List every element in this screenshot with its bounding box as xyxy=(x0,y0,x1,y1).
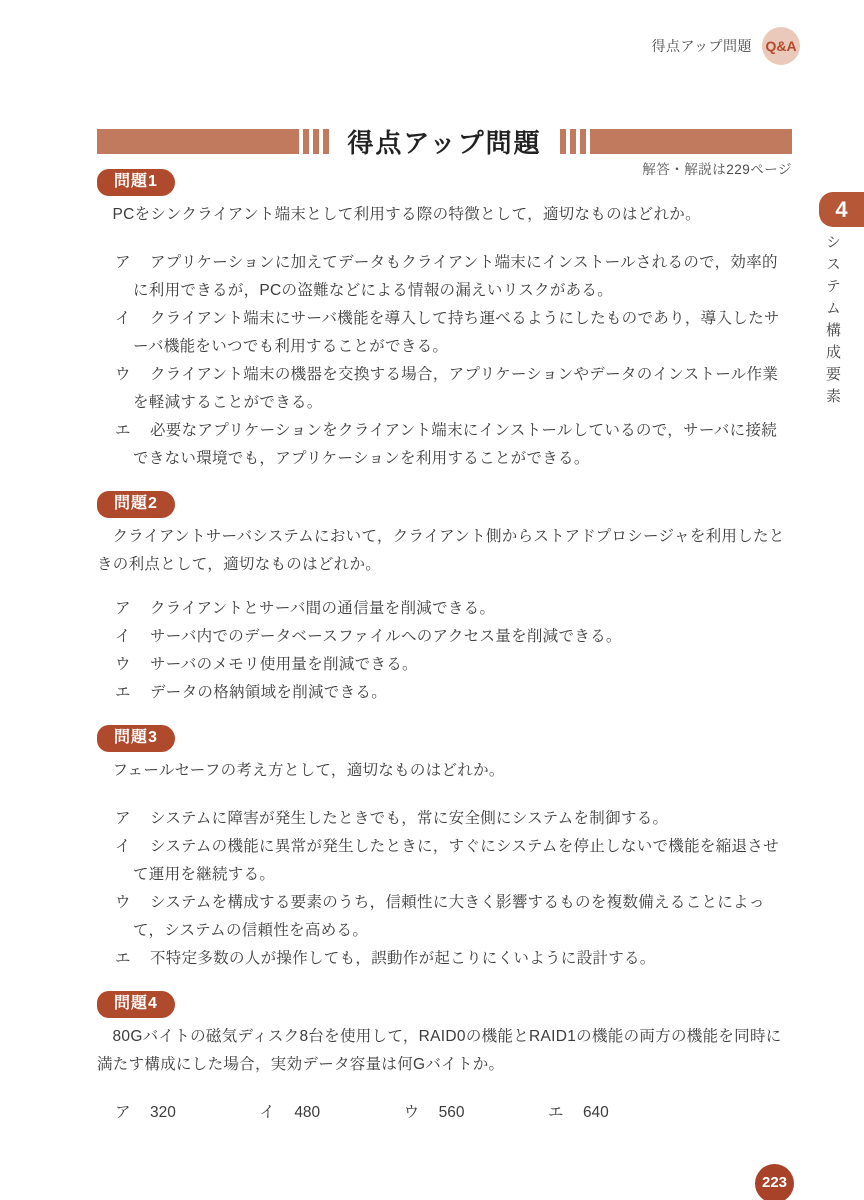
qa-badge-label: Q&A xyxy=(765,38,796,54)
question-badge: 問題1 xyxy=(97,169,175,196)
option-text: クライアントとサーバ間の通信量を削減できる。 xyxy=(150,600,495,617)
option-text: クライアント端末の機器を交換する場合，アプリケーションやデータのインストール作業… xyxy=(133,366,778,411)
option-text: サーバのメモリ使用量を削減できる。 xyxy=(150,656,418,673)
options-list: アクライアントとサーバ間の通信量を削減できる。 イサーバ内でのデータベースファイ… xyxy=(97,595,792,707)
options-list: アシステムに障害が発生したときでも，常に安全側にシステムを制御する。 イシステム… xyxy=(97,805,792,973)
answer-option: ウサーバのメモリ使用量を削減できる。 xyxy=(97,651,792,679)
option-letter: イ xyxy=(259,1099,294,1127)
answer-option: ウシステムを構成する要素のうち，信頼性に大きく影響するものを複数備えることによっ… xyxy=(97,889,792,945)
option-text: 不特定多数の人が操作しても，誤動作が起こりにくいように設計する。 xyxy=(150,950,656,967)
banner-stripes-right xyxy=(560,129,586,154)
page-content: 得点アップ問題 解答・解説は229ページ 問題1 PCをシンクライアント端末とし… xyxy=(0,128,864,1127)
question-badge: 問題2 xyxy=(97,491,175,518)
answer-option: ウ560 xyxy=(404,1099,544,1127)
option-text: 320 xyxy=(150,1104,176,1121)
page-number-badge: 223 xyxy=(755,1164,794,1200)
option-text: クライアント端末にサーバ機能を導入して持ち運べるようにしたものであり，導入したサ… xyxy=(133,310,780,355)
banner-bar-left xyxy=(97,129,299,154)
option-letter: ウ xyxy=(115,889,150,917)
option-text: 必要なアプリケーションをクライアント端末にインストールしているので，サーバに接続… xyxy=(133,422,777,467)
option-letter: ア xyxy=(115,249,150,277)
question-statement: 80Gバイトの磁気ディスク8台を使用して，RAID0の機能とRAID1の機能の両… xyxy=(97,1023,792,1079)
banner-stripes-left xyxy=(303,129,329,154)
option-letter: ア xyxy=(115,805,150,833)
question-statement: フェールセーフの考え方として，適切なものはどれか。 xyxy=(97,757,792,785)
option-letter: ウ xyxy=(115,651,150,679)
answer-option: アアプリケーションに加えてデータもクライアント端末にインストールされるので，効率… xyxy=(97,249,792,305)
question-badge: 問題3 xyxy=(97,725,175,752)
chapter-number: 4 xyxy=(835,197,847,223)
option-letter: ウ xyxy=(115,361,150,389)
option-text: 480 xyxy=(294,1104,320,1121)
running-header-title: 得点アップ問題 xyxy=(651,36,752,56)
question-block-3: 問題3 フェールセーフの考え方として，適切なものはどれか。 アシステムに障害が発… xyxy=(97,725,792,973)
answer-option: イシステムの機能に異常が発生したときに，すぐにシステムを停止しないで機能を縮退さ… xyxy=(97,833,792,889)
options-list: アアプリケーションに加えてデータもクライアント端末にインストールされるので，効率… xyxy=(97,249,792,473)
question-block-2: 問題2 クライアントサーバシステムにおいて，クライアント側からストアドプロシージ… xyxy=(97,491,792,707)
chapter-tab: 4 xyxy=(819,192,864,227)
option-letter: ウ xyxy=(404,1099,439,1127)
answer-option: イサーバ内でのデータベースファイルへのアクセス量を削減できる。 xyxy=(97,623,792,651)
option-letter: エ xyxy=(115,417,150,445)
answer-option: イ480 xyxy=(259,1099,399,1127)
chapter-label: システム構成要素 xyxy=(822,234,843,410)
answer-option: ア320 xyxy=(115,1099,255,1127)
page-number: 223 xyxy=(762,1174,787,1191)
qa-badge-icon: Q&A xyxy=(762,27,800,65)
answer-option: エデータの格納領域を削減できる。 xyxy=(97,679,792,707)
option-text: システムに障害が発生したときでも，常に安全側にシステムを制御する。 xyxy=(150,810,668,827)
answer-option: ウクライアント端末の機器を交換する場合，アプリケーションやデータのインストール作… xyxy=(97,361,792,417)
answer-option: エ640 xyxy=(548,1099,688,1127)
question-statement: クライアントサーバシステムにおいて，クライアント側からストアドプロシージャを利用… xyxy=(97,523,792,579)
option-letter: エ xyxy=(115,945,150,973)
option-text: 640 xyxy=(583,1104,609,1121)
question-block-4: 問題4 80Gバイトの磁気ディスク8台を使用して，RAID0の機能とRAID1の… xyxy=(97,991,792,1127)
question-badge: 問題4 xyxy=(97,991,175,1018)
answer-option: エ不特定多数の人が操作しても，誤動作が起こりにくいように設計する。 xyxy=(97,945,792,973)
option-text: システムの機能に異常が発生したときに，すぐにシステムを停止しないで機能を縮退させ… xyxy=(133,838,779,883)
answer-option: アシステムに障害が発生したときでも，常に安全側にシステムを制御する。 xyxy=(97,805,792,833)
option-letter: イ xyxy=(115,623,150,651)
question-statement: PCをシンクライアント端末として利用する際の特徴として，適切なものはどれか。 xyxy=(97,201,792,229)
option-letter: イ xyxy=(115,833,150,861)
running-header: 得点アップ問題 Q&A xyxy=(0,0,864,65)
option-letter: エ xyxy=(548,1099,583,1127)
answer-option: エ必要なアプリケーションをクライアント端末にインストールしているので，サーバに接… xyxy=(97,417,792,473)
option-letter: ア xyxy=(115,595,150,623)
answer-option: アクライアントとサーバ間の通信量を削減できる。 xyxy=(97,595,792,623)
option-text: アプリケーションに加えてデータもクライアント端末にインストールされるので，効率的… xyxy=(133,254,778,299)
option-text: システムを構成する要素のうち，信頼性に大きく影響するものを複数備えることによって… xyxy=(133,894,765,939)
answer-option: イクライアント端末にサーバ機能を導入して持ち運べるようにしたものであり，導入した… xyxy=(97,305,792,361)
option-text: 560 xyxy=(439,1104,465,1121)
option-text: サーバ内でのデータベースファイルへのアクセス量を削減できる。 xyxy=(150,628,622,645)
option-letter: イ xyxy=(115,305,150,333)
section-banner: 得点アップ問題 xyxy=(97,128,792,155)
question-block-1: 問題1 PCをシンクライアント端末として利用する際の特徴として，適切なものはどれ… xyxy=(97,169,792,473)
option-letter: ア xyxy=(115,1099,150,1127)
options-row: ア320 イ480 ウ560 エ640 xyxy=(97,1099,792,1127)
section-title: 得点アップ問題 xyxy=(341,123,547,160)
banner-bar-right xyxy=(590,129,792,154)
option-letter: エ xyxy=(115,679,150,707)
option-text: データの格納領域を削減できる。 xyxy=(150,684,387,701)
